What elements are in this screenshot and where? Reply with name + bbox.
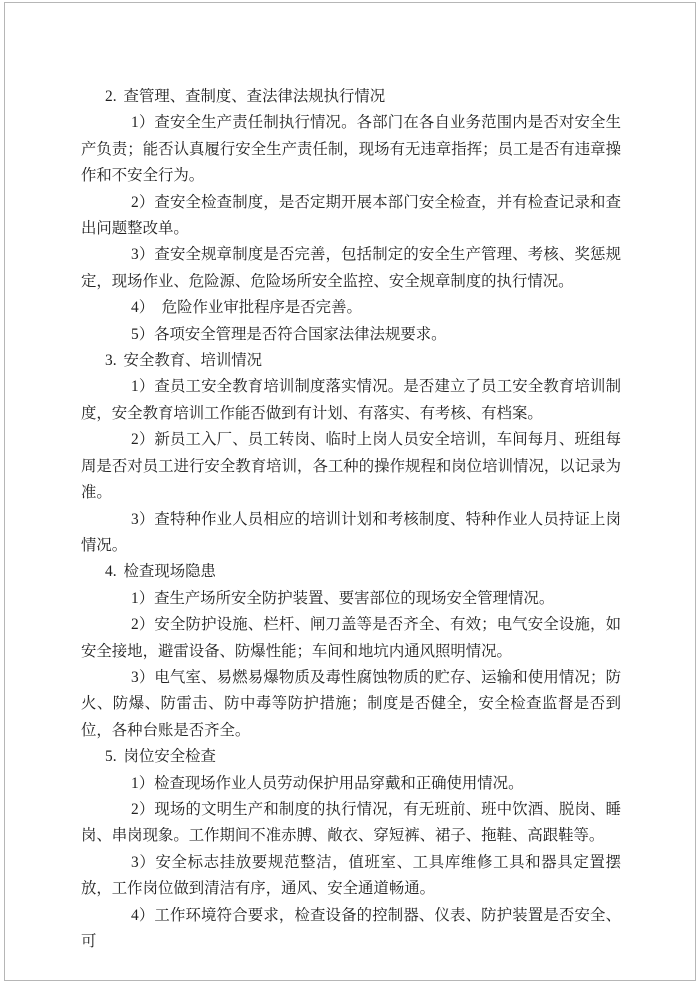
list-item-2-4: 4） 危险作业审批程序是否完善。: [81, 295, 621, 321]
list-item-2-5: 5）各项安全管理是否符合国家法律法规要求。: [81, 322, 621, 348]
list-item-3-2: 2）新员工入厂、员工转岗、临时上岗人员安全培训，车间每月、班组每周是否对员工进行…: [81, 427, 621, 506]
list-item-5-4: 4）工作环境符合要求，检查设备的控制器、仪表、防护装置是否安全、可: [81, 903, 621, 956]
document-page: 2.查管理、查制度、查法律法规执行情况 1）查安全生产责任制执行情况。各部门在各…: [0, 0, 700, 990]
list-item-4-3: 3）电气室、易燃易爆物质及毒性腐蚀物质的贮存、运输和使用情况；防火、防爆、防雷击…: [81, 665, 621, 744]
list-item-2-2: 2）查安全检查制度，是否定期开展本部门安全检查，并有检查记录和查出问题整改单。: [81, 190, 621, 243]
section-title: 安全教育、培训情况: [124, 352, 263, 369]
list-item-5-3: 3）安全标志挂放要规范整洁，值班室、工具库维修工具和器具定置摆放，工作岗位做到清…: [81, 850, 621, 903]
list-item-2-3: 3）查安全规章制度是否完善，包括制定的安全生产管理、考核、奖惩规定，现场作业、危…: [81, 242, 621, 295]
section-number: 5.: [105, 744, 117, 770]
document-body: 2.查管理、查制度、查法律法规执行情况 1）查安全生产责任制执行情况。各部门在各…: [81, 84, 621, 955]
section-number: 2.: [105, 84, 117, 110]
list-item-5-2: 2）现场的文明生产和制度的执行情况，有无班前、班中饮酒、脱岗、睡岗、串岗现象。工…: [81, 797, 621, 850]
section-number: 3.: [105, 348, 117, 374]
list-item-4-2: 2）安全防护设施、栏杆、闸刀盖等是否齐全、有效；电气安全设施，如安全接地，避雷设…: [81, 612, 621, 665]
section-heading-4: 4.检查现场隐患: [81, 559, 621, 585]
list-item-5-1: 1）检查现场作业人员劳动保护用品穿戴和正确使用情况。: [81, 771, 621, 797]
section-title: 查管理、查制度、查法律法规执行情况: [124, 88, 386, 105]
list-item-2-1: 1）查安全生产责任制执行情况。各部门在各自业务范围内是否对安全生产负责；能否认真…: [81, 110, 621, 189]
list-item-3-1: 1）查员工安全教育培训制度落实情况。是否建立了员工安全教育培训制度，安全教育培训…: [81, 374, 621, 427]
section-heading-3: 3.安全教育、培训情况: [81, 348, 621, 374]
section-number: 4.: [105, 559, 117, 585]
list-item-3-3: 3）查特种作业人员相应的培训计划和考核制度、特种作业人员持证上岗情况。: [81, 507, 621, 560]
section-title: 检查现场隐患: [124, 563, 216, 580]
section-title: 岗位安全检查: [124, 748, 216, 765]
section-heading-5: 5.岗位安全检查: [81, 744, 621, 770]
section-heading-2: 2.查管理、查制度、查法律法规执行情况: [81, 84, 621, 110]
list-item-4-1: 1）查生产场所安全防护装置、要害部位的现场安全管理情况。: [81, 586, 621, 612]
